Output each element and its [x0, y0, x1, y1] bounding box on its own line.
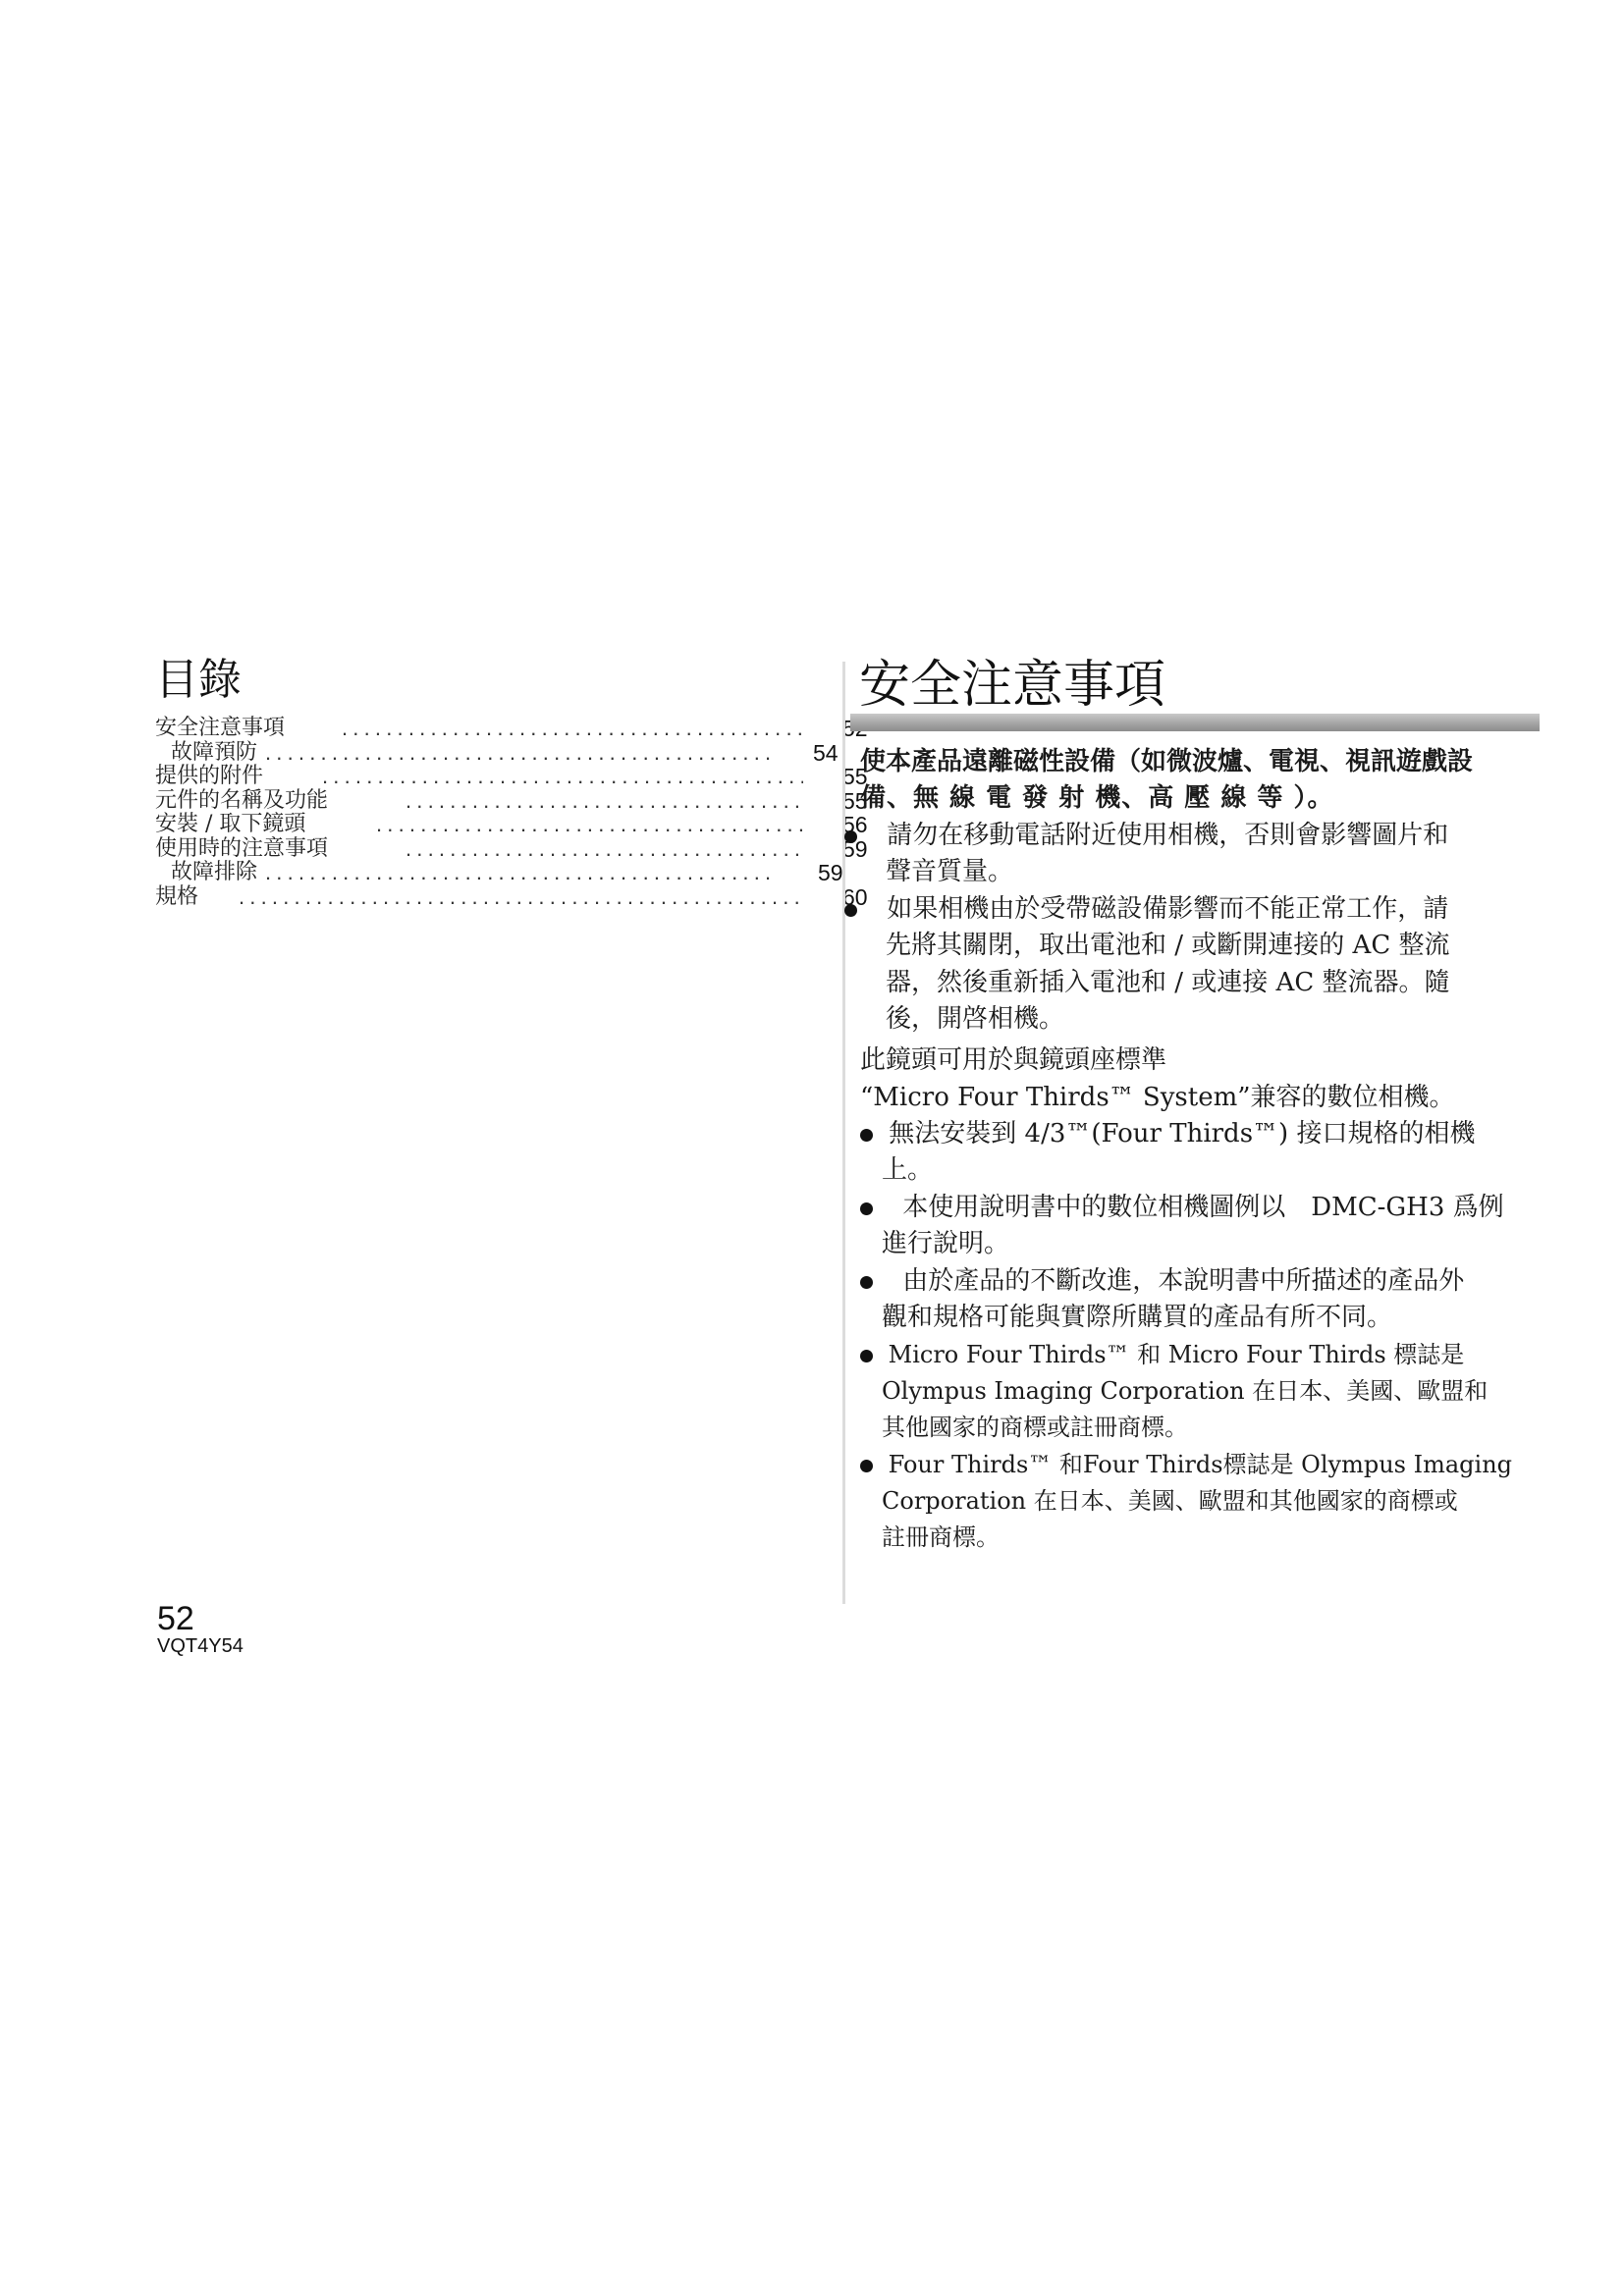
toc-item-label: 元件的名稱及功能: [155, 789, 328, 814]
bullet-icon: [844, 830, 857, 843]
bullet-icon: [844, 904, 857, 917]
bullet-text-continued: 上。: [882, 1152, 933, 1190]
bullet-text: 無法安裝到 4/3™(Four Thirds™) 接口規格的相機: [889, 1119, 1475, 1148]
toc-item-label: 安全注意事項: [155, 717, 285, 741]
bullet-icon: [860, 1350, 873, 1362]
bullet-icon: [860, 1202, 873, 1215]
section-title: 安全注意事項: [859, 656, 1165, 715]
toc-item[interactable]: 元件的名稱及功能 ...............................…: [155, 789, 823, 814]
bullet-icon: [860, 1276, 873, 1289]
toc-item-label: 安裝 / 取下鏡頭: [155, 813, 305, 837]
toc-item-label: 使用時的注意事項: [155, 837, 328, 862]
bullet-text: 由於產品的不斷改進，本說明書中所描述的產品外: [902, 1266, 1464, 1296]
note-bullet: Micro Four Thirds™ 和 Micro Four Thirds 標…: [860, 1337, 1464, 1374]
note-bullet: 無法安裝到 4/3™(Four Thirds™) 接口規格的相機: [860, 1116, 1475, 1153]
toc-leader-dots: ........................................…: [342, 717, 803, 741]
toc-item[interactable]: 故障預防 ...................................…: [155, 741, 823, 766]
toc-item-page: 59: [818, 861, 843, 885]
note-bullet: 本使用說明書中的數位相機圖例以 DMC-GH3 爲例: [860, 1190, 1504, 1227]
title-underline-bar: [850, 714, 1540, 731]
toc-title: 目錄: [155, 656, 242, 705]
bullet-text-continued: 進行說明。: [882, 1226, 1009, 1263]
note-bullet: 由於產品的不斷改進，本說明書中所描述的產品外: [860, 1263, 1464, 1301]
toc-leader-dots: ........................................…: [265, 741, 776, 766]
toc-item[interactable]: 使用時的注意事項 ...............................…: [155, 837, 823, 862]
toc-item-label: 提供的附件: [155, 765, 263, 789]
bullet-text-continued: 其他國家的商標或註冊商標。: [882, 1410, 1188, 1447]
toc-item[interactable]: 提供的附件 ..................................…: [155, 765, 823, 789]
toc-leader-dots: ........................................…: [239, 885, 803, 910]
bullet-text-continued: 觀和規格可能與實際所購買的產品有所不同。: [882, 1300, 1392, 1337]
intro-line: “Micro Four Thirds™ System”兼容的數位相機。: [860, 1080, 1455, 1117]
toc-leader-dots: ........................................…: [406, 837, 803, 862]
warning-line: 使本產品遠離磁性設備（如微波爐、電視、視訊遊戲設: [860, 744, 1473, 781]
bullet-text: 如果相機由於受帶磁設備影響而不能正常工作，請: [887, 894, 1448, 924]
bullet-text: Micro Four Thirds™ 和 Micro Four Thirds 標…: [889, 1341, 1465, 1368]
bullet-text-continued: Olympus Imaging Corporation 在日本、美國、歐盟和: [882, 1373, 1488, 1411]
toc-item-label: 故障預防: [171, 741, 257, 766]
toc-item-label: 故障排除: [171, 861, 257, 885]
toc-leader-dots: ........................................…: [265, 861, 776, 885]
column-divider: [842, 662, 845, 1604]
toc-item[interactable]: 安裝 / 取下鏡頭 ..............................…: [155, 813, 823, 837]
toc-item-label: 規格: [155, 885, 198, 910]
toc-item[interactable]: 故障排除 ...................................…: [155, 861, 823, 885]
warning-bullet: 請勿在移動電話附近使用相機，否則會影響圖片和: [844, 818, 1448, 855]
bullet-text-continued: 先將其關閉，取出電池和 / 或斷開連接的 AC 整流: [886, 928, 1450, 965]
bullet-text: Four Thirds™ 和Four Thirds標誌是 Olympus Ima…: [889, 1451, 1512, 1478]
warning-bullet: 如果相機由於受帶磁設備影響而不能正常工作，請: [844, 891, 1448, 929]
toc-item-page: 54: [813, 741, 839, 766]
bullet-text: 請勿在移動電話附近使用相機，否則會影響圖片和: [887, 821, 1448, 850]
bullet-text-continued: Corporation 在日本、美國、歐盟和其他國家的商標或: [882, 1483, 1458, 1521]
bullet-icon: [860, 1460, 873, 1472]
toc-item[interactable]: 安全注意事項 .................................…: [155, 717, 823, 741]
bullet-text-continued: 註冊商標。: [882, 1520, 1000, 1557]
bullet-text-continued: 聲音質量。: [886, 854, 1013, 891]
bullet-text: 本使用說明書中的數位相機圖例以 DMC-GH3 爲例: [902, 1193, 1503, 1222]
bullet-text-continued: 後，開啓相機。: [886, 1001, 1064, 1039]
toc-leader-dots: ........................................…: [406, 789, 803, 814]
note-bullet: Four Thirds™ 和Four Thirds標誌是 Olympus Ima…: [860, 1447, 1512, 1484]
warning-line: 備、無 線 電 發 射 機、高 壓 線 等 ）。: [860, 780, 1333, 818]
page-number: 52: [157, 1600, 194, 1638]
document-code: VQT4Y54: [157, 1635, 244, 1658]
toc-leader-dots: ........................................…: [376, 813, 803, 837]
toc-item[interactable]: 規格 .....................................…: [155, 885, 823, 910]
bullet-icon: [860, 1129, 873, 1142]
intro-line: 此鏡頭可用於與鏡頭座標準: [860, 1042, 1166, 1080]
toc-list: 安全注意事項 .................................…: [155, 717, 823, 909]
toc-leader-dots: ........................................…: [322, 765, 803, 789]
bullet-text-continued: 器，然後重新插入電池和 / 或連接 AC 整流器。隨: [886, 965, 1450, 1002]
